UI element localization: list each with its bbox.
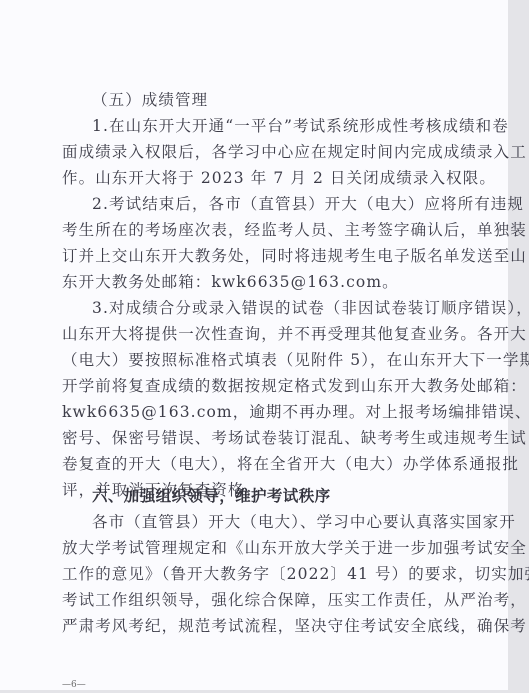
text-line: 1.在山东开大开通“一平台”考试系统形成性考核成绩和卷 bbox=[92, 116, 509, 136]
text-line: 工作的意见》（鲁开大教务字〔2022〕41 号）的要求，切实加强 bbox=[62, 564, 529, 584]
text-line: 各市（直管县）开大（电大）、学习中心要认真落实国家开 bbox=[92, 512, 516, 532]
text-line: 开学前将复查成绩的数据按规定格式发到山东开大教务处邮箱： bbox=[62, 376, 527, 396]
text-line: 严肃考风考纪，规范考试流程，坚决守住考试安全底线，确保考 bbox=[62, 616, 527, 636]
text-line: 放大学考试管理规定和《山东开放大学关于进一步加强考试安全 bbox=[62, 538, 527, 558]
text-line: 订并上交山东开大教务处，同时将违规考生电子版名单发送至山 bbox=[62, 246, 527, 266]
text-line: （电大）要按照标准格式填表（见附件 5），在山东开大下一学期 bbox=[62, 350, 529, 370]
text-line: 东开大教务处邮箱：kwk6635@163.com。 bbox=[62, 272, 399, 292]
text-line: kwk6635@163.com，逾期不再办理。对上报考场编排错误、无保 bbox=[62, 402, 529, 422]
text-line: 卷复查的开大（电大），将在全省开大（电大）办学体系通报批 bbox=[62, 454, 519, 474]
text-line: 3.对成绩合分或录入错误的试卷（非因试卷装订顺序错误）， bbox=[92, 298, 529, 318]
text-line: 考试工作组织领导，强化综合保障，压实工作责任，从严治考， bbox=[62, 590, 527, 610]
text-line: 密号、保密号错误、考场试卷装订混乱、缺考考生或违规考生试 bbox=[62, 428, 527, 448]
text-line: 面成绩录入权限后，各学习中心应在规定时间内完成成绩录入工 bbox=[62, 142, 527, 162]
section-heading: 六、加强组织领导，维护考试秩序 bbox=[92, 486, 331, 506]
text-line: （五）成绩管理 bbox=[92, 90, 208, 110]
text-line: 山东开大将提供一次性查询，并不再受理其他复查业务。各开大 bbox=[62, 324, 527, 344]
text-line: 2.考试结束后，各市（直管县）开大（电大）应将所有违规 bbox=[92, 194, 524, 214]
text-line: 考生所在的考场座次表，经监考人员、主考签字确认后，单独装 bbox=[62, 220, 527, 240]
text-line: 作。山东开大将于 2023 年 7 月 2 日关闭成绩录入权限。 bbox=[62, 168, 496, 188]
page-number: —6— bbox=[62, 680, 86, 690]
document-page: （五）成绩管理1.在山东开大开通“一平台”考试系统形成性考核成绩和卷面成绩录入权… bbox=[0, 0, 508, 690]
